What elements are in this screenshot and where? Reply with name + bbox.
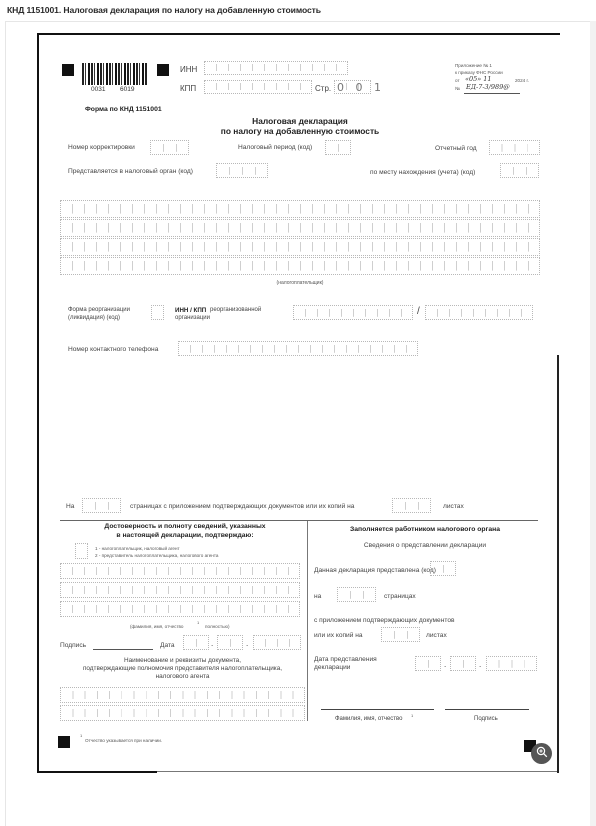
page-number-value: 0 0 1: [337, 81, 385, 94]
viewer-scrollbar[interactable]: [590, 21, 596, 826]
official-subheading: Сведения о представлении декларации: [310, 542, 540, 549]
submitted-label: Данная декларация представлена (код): [314, 567, 436, 574]
document-title: КНД 1151001. Налоговая декларация по нал…: [7, 5, 321, 15]
fio-caption: (фамилия, имя, отчество: [130, 624, 184, 629]
section-divider: [60, 520, 538, 521]
signature-label: Подпись: [60, 642, 86, 649]
date-separator: .: [211, 639, 213, 648]
year-field[interactable]: [489, 140, 540, 155]
reorg-inn-label: организации: [175, 315, 210, 321]
footnote-ref: 1: [197, 620, 199, 625]
submitted-code-field[interactable]: [430, 561, 456, 576]
confirm-type-field[interactable]: [75, 543, 88, 559]
pages-prefix: На: [66, 503, 74, 510]
location-label: по месту нахождения (учета) (код): [370, 169, 475, 176]
reorg-form-label: (ликвидация) (код): [68, 315, 120, 321]
doc-details-row[interactable]: [60, 705, 305, 721]
taxpayer-name-row[interactable]: [60, 219, 540, 237]
zoom-in-button[interactable]: [531, 743, 552, 764]
correction-field[interactable]: [150, 140, 189, 155]
scan-edge: [37, 33, 560, 35]
taxpayer-caption: (налогоплательщик): [250, 280, 350, 286]
reorg-inn-label: реорганизованной: [210, 307, 261, 313]
doc-heading: налогового агента: [60, 673, 305, 680]
scan-edge: [37, 33, 39, 773]
footnote-ref: 1: [80, 733, 82, 738]
signer-name-row[interactable]: [60, 582, 300, 598]
official-name-label: Фамилия, имя, отчество: [335, 716, 403, 722]
doc-details-row[interactable]: [60, 687, 305, 703]
submission-date-label: декларации: [314, 664, 350, 671]
barcode-number: 6019: [120, 86, 134, 93]
period-label: Налоговый период (код): [238, 144, 312, 151]
taxpayer-name-row[interactable]: [60, 257, 540, 275]
pages-middle-label: страницах с приложением подтверждающих д…: [130, 503, 354, 510]
official-signature-line[interactable]: [445, 709, 529, 710]
appendix-line: Приложение № 1: [455, 63, 492, 68]
inn-label: ИНН: [180, 65, 197, 74]
scan-edge: [557, 355, 559, 773]
doc-heading: подтверждающие полномочия представителя …: [55, 665, 310, 672]
attachments-label: с приложением подтверждающих документов: [314, 617, 454, 624]
slash-separator: /: [417, 306, 420, 317]
tax-authority-label: Представляется в налоговый орган (код): [68, 168, 193, 175]
appendix-number: ЕД-7-3/989@: [466, 83, 510, 91]
submission-day-field[interactable]: [415, 656, 441, 671]
appendix-year: 2024 г.: [515, 78, 529, 83]
footnote-ref: 1: [411, 713, 413, 718]
scan-edge: [37, 771, 157, 773]
sheets-field[interactable]: [392, 498, 431, 513]
phone-field[interactable]: [178, 341, 418, 356]
taxpayer-name-row[interactable]: [60, 200, 540, 218]
doc-heading: Наименование и реквизиты документа,: [60, 657, 305, 664]
pages-label: страницах: [384, 593, 416, 600]
appendix-line: от: [455, 78, 460, 83]
pages-field[interactable]: [82, 498, 121, 513]
copies-label: или их копий на: [314, 632, 363, 639]
submission-year-field[interactable]: [486, 656, 537, 671]
form-title: Налоговая декларация: [200, 116, 400, 126]
form-code: Форма по КНД 1151001: [85, 106, 162, 113]
submission-date-label: Дата представления: [314, 656, 377, 663]
scan-edge: [157, 771, 557, 772]
confirm-heading: в настоящей декларации, подтверждаю:: [70, 532, 300, 539]
appendix-line: №: [455, 86, 460, 91]
period-field[interactable]: [325, 140, 351, 155]
official-sheets-field[interactable]: [381, 627, 420, 642]
taxpayer-name-row[interactable]: [60, 238, 540, 256]
official-heading: Заполняется работником налогового органа: [310, 526, 540, 533]
form-subtitle: по налогу на добавленную стоимость: [180, 126, 420, 136]
location-field[interactable]: [500, 163, 539, 178]
alignment-marker: [62, 64, 74, 76]
official-pages-field[interactable]: [337, 587, 376, 602]
date-year-field[interactable]: [253, 635, 301, 650]
footnote: Отчество указывается при наличии.: [85, 738, 162, 743]
sheets-label: листах: [426, 632, 447, 639]
kpp-label: КПП: [180, 84, 196, 93]
submission-month-field[interactable]: [450, 656, 476, 671]
reorg-inn-field[interactable]: [293, 305, 413, 320]
alignment-marker: [157, 64, 169, 76]
barcode: [82, 63, 148, 85]
zoom-in-icon: [536, 745, 548, 763]
official-signature-label: Подпись: [474, 716, 498, 722]
confirm-heading: Достоверность и полноту сведений, указан…: [70, 523, 300, 530]
appendix-date: «05» 11: [465, 75, 492, 83]
tax-authority-field[interactable]: [216, 163, 268, 178]
signature-line[interactable]: [93, 649, 153, 650]
underline: [464, 93, 520, 94]
inn-field[interactable]: [204, 61, 348, 75]
reorg-form-label: Форма реорганизации: [68, 307, 130, 313]
page-label: Стр.: [315, 84, 331, 93]
date-separator: .: [479, 660, 481, 669]
date-label: Дата: [160, 642, 175, 649]
correction-label: Номер корректировки: [68, 144, 135, 151]
date-separator: .: [444, 660, 446, 669]
on-label: на: [314, 593, 321, 600]
sheets-label: листах: [443, 503, 464, 510]
signer-name-row[interactable]: [60, 563, 300, 579]
signer-name-row[interactable]: [60, 601, 300, 617]
date-separator: .: [246, 639, 248, 648]
kpp-field[interactable]: [204, 80, 312, 94]
date-day-field[interactable]: [183, 635, 209, 650]
date-month-field[interactable]: [217, 635, 243, 650]
alignment-marker: [58, 736, 70, 748]
confirm-option: 1 - налогоплательщик, налоговый агент: [95, 546, 180, 551]
fio-caption: полностью): [205, 624, 229, 629]
column-divider: [307, 521, 308, 721]
phone-label: Номер контактного телефона: [68, 346, 158, 353]
reorg-inn-label: ИНН / КПП: [175, 307, 206, 314]
barcode-number: 0031: [91, 86, 105, 93]
official-name-line[interactable]: [321, 709, 434, 710]
reorg-form-field[interactable]: [151, 305, 164, 320]
reorg-kpp-field[interactable]: [425, 305, 533, 320]
confirm-option: 2 - представитель налогоплательщика, нал…: [95, 553, 218, 558]
year-label: Отчетный год: [435, 145, 477, 152]
